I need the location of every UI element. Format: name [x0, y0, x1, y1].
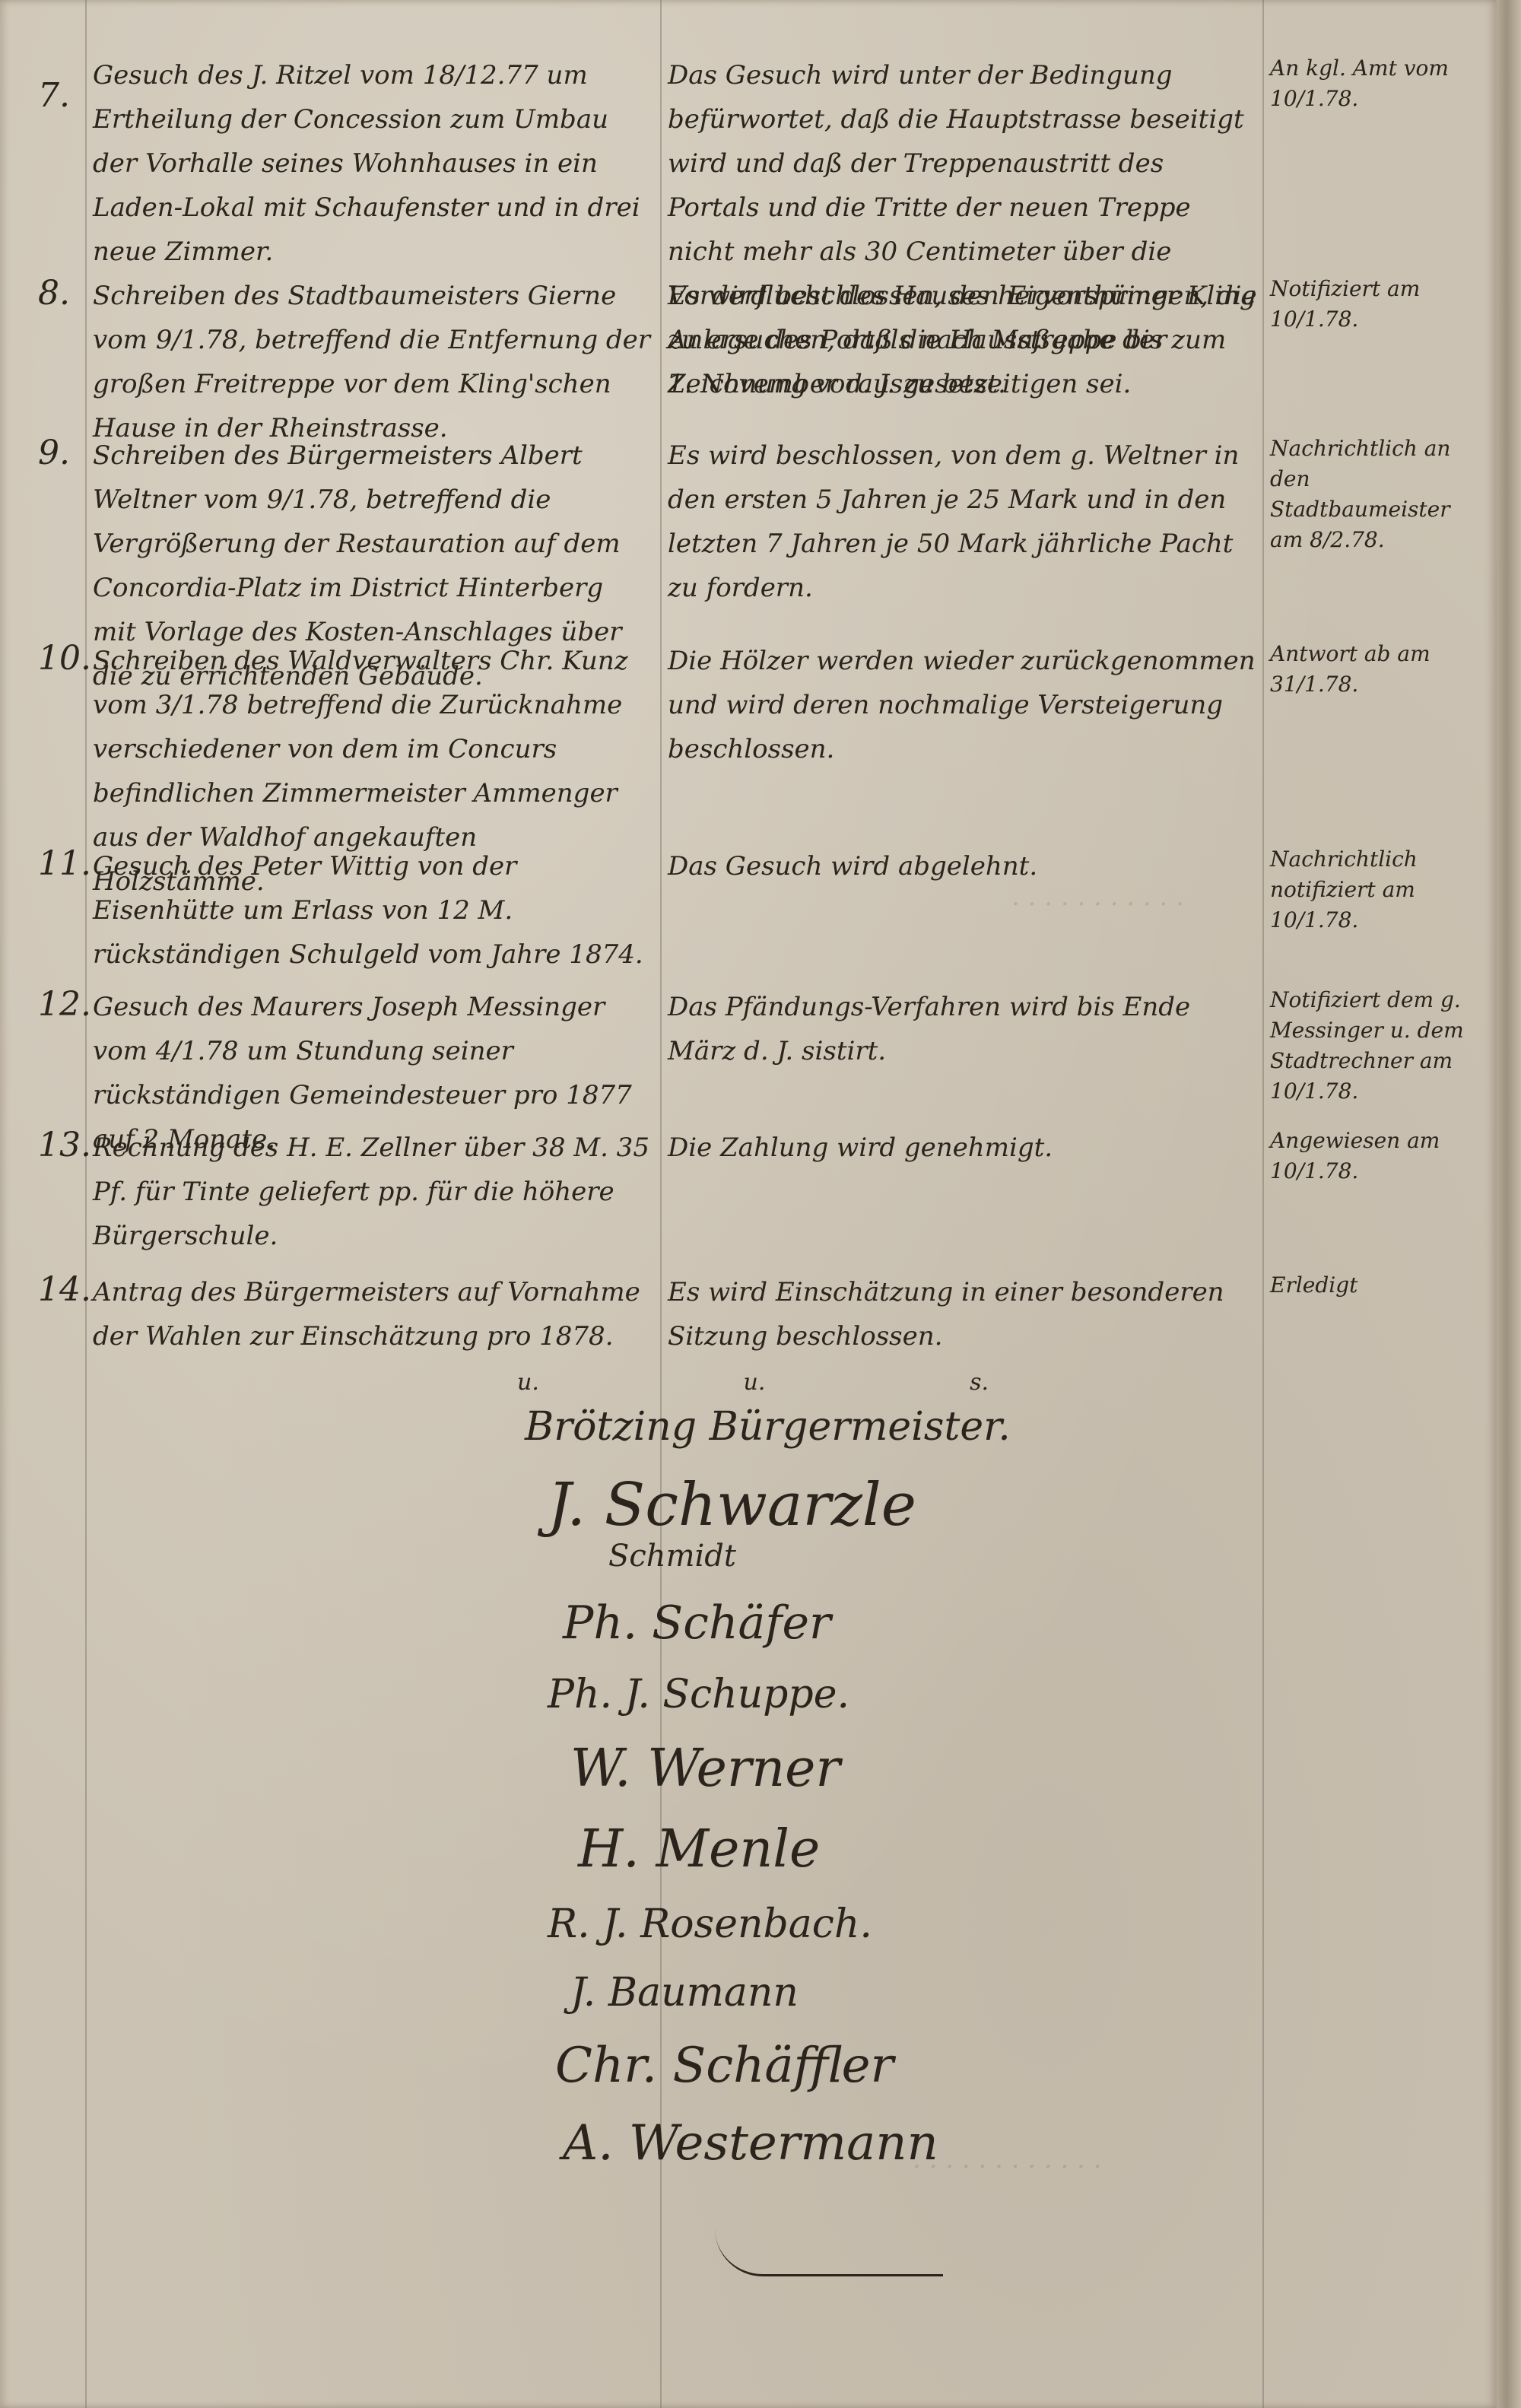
signature: Schmidt [608, 1541, 1065, 1571]
entry-subject: Gesuch des Peter Wittig von der Eisenhüt… [93, 844, 654, 977]
signature: H. Menle [578, 1824, 1065, 1876]
entry-disposition: Nachrichtlich notifiziert am 10/1.78. [1270, 844, 1468, 936]
closing-mark: u. [517, 1369, 539, 1396]
signature-mayor: Brötzing Bürgermeister. [525, 1407, 1065, 1447]
signature-block: Brötzing Bürgermeister. J. Schwarzle Sch… [456, 1407, 1065, 2197]
entry-disposition: Notifiziert dem g. Messinger u. dem Stad… [1270, 985, 1468, 1107]
entry-disposition: Angewiesen am 10/1.78. [1270, 1126, 1468, 1187]
signature: Ph. Schäfer [563, 1600, 1065, 1646]
ledger-page: · · · · · · · · · · · · · · · · · · · · … [0, 0, 1497, 2408]
entry-disposition: Erledigt [1270, 1270, 1468, 1301]
closing-mark: s. [970, 1369, 989, 1396]
entry-resolution: Es wird Einschätzung in einer besonderen… [668, 1270, 1257, 1358]
entry-subject: Antrag des Bürgermeisters auf Vornahme d… [93, 1270, 654, 1358]
entry-number: 13. [38, 1126, 84, 1164]
entry-subject: Gesuch des J. Ritzel vom 18/12.77 um Ert… [93, 53, 654, 274]
column-rule-disposition [1262, 0, 1264, 2408]
entry-number: 9. [38, 434, 84, 472]
entry-resolution: Das Pfändungs-Verfahren wird bis Ende Mä… [668, 985, 1257, 1073]
signature: J. Baumann [570, 1973, 1065, 2012]
entry-number: 10. [38, 639, 84, 678]
signature: Chr. Schäffler [555, 2041, 1065, 2090]
signature-flourish [715, 2229, 943, 2276]
signature: J. Schwarzle [548, 1476, 1065, 1535]
entry-number: 11. [38, 844, 84, 883]
entry-subject: Rechnung des H. E. Zellner über 38 M. 35… [93, 1126, 654, 1258]
signature: Ph. J. Schuppe. [548, 1675, 1065, 1714]
signature: A. Westermann [563, 2119, 1065, 2168]
entry-disposition: An kgl. Amt vom 10/1.78. [1270, 53, 1468, 114]
book-page-edge [1497, 0, 1521, 2408]
entry-disposition: Antwort ab am 31/1.78. [1270, 639, 1468, 700]
signature: W. Werner [570, 1743, 1065, 1795]
entry-disposition: Notifiziert am 10/1.78. [1270, 274, 1468, 335]
entry-number: 7. [38, 76, 84, 115]
entry-resolution: Es wird beschlossen, von dem g. Weltner … [668, 434, 1257, 610]
closing-marks: u. u. s. [517, 1369, 989, 1396]
entry-resolution: Die Hölzer werden wieder zurückgenommen … [668, 639, 1257, 771]
closing-mark: u. [744, 1369, 766, 1396]
entry-number: 8. [38, 274, 84, 313]
entry-resolution: Die Zahlung wird genehmigt. [668, 1126, 1257, 1170]
entry-resolution: Das Gesuch wird abgelehnt. [668, 844, 1257, 888]
entry-number: 12. [38, 985, 84, 1024]
entry-subject: Schreiben des Stadtbaumeisters Gierne vo… [93, 274, 654, 450]
entry-number: 14. [38, 1270, 84, 1309]
margin-rule [85, 0, 87, 2408]
entry-resolution: Es wird beschlossen, den Eigenthümer Kli… [668, 274, 1257, 406]
signature: R. J. Rosenbach. [548, 1904, 1065, 1944]
entry-disposition: Nachrichtlich an den Stadtbaumeister am … [1270, 434, 1468, 555]
